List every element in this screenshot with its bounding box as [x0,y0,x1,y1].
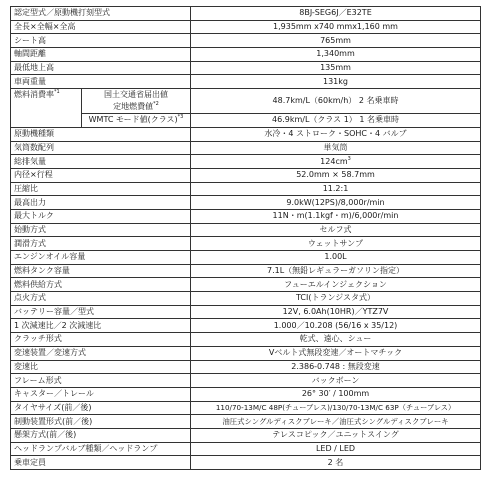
row-label: 最低地上高 [11,61,191,75]
row-value: 765mm [191,34,481,48]
row-value: 1.000／10.208 (56/16 x 35/12) [191,319,481,333]
row-label: 内径×行程 [11,168,191,182]
row-label: 乗車定員 [11,456,191,470]
row-value: Vベルト式無段変速／オートマチック [191,346,481,360]
row-label: タイヤサイズ(前／後) [11,401,191,415]
row-value: ウェットサンプ [191,237,481,251]
row-label: ヘッドランプバルブ種類／ヘッドランプ [11,442,191,456]
fuel-sub1-line2: 定地燃費値 [113,102,153,111]
row-value: 1,340mm [191,48,481,62]
row-value: テレスコピック／ユニットスイング [191,428,481,442]
table-row: 認定型式／原動機打刻型式 8BJ-SEG6J／E32TE [11,7,481,21]
row-label: 燃料供給方式 [11,278,191,292]
table-row: 潤滑方式ウェットサンプ [11,237,481,251]
row-value: 水冷・4 ストローク・SOHC・4 バルブ [191,127,481,141]
table-row: 最高出力9.0kW(12PS)/8,000r/min [11,196,481,210]
fuel-sub1-line1: 国土交通省届出値 [85,89,187,101]
table-row: 乗車定員2 名 [11,456,481,470]
table-row: 制動装置形式(前／後)油圧式シングルディスクブレーキ／油圧式シングルディスクブレ… [11,415,481,429]
row-value: 1.00L [191,251,481,265]
table-row: エンジンオイル容量1.00L [11,251,481,265]
row-value: TCI(トランジスタ式） [191,292,481,306]
table-row: 始動方式セルフ式 [11,223,481,237]
row-value: フューエルインジェクション [191,278,481,292]
row-label: 1 次減速比／2 次減速比 [11,319,191,333]
row-value: LED / LED [191,442,481,456]
table-row: タイヤサイズ(前／後)110/70-13M/C 48P(チューブレス)/130/… [11,401,481,415]
row-label: 原動機種類 [11,127,191,141]
row-label: エンジンオイル容量 [11,251,191,265]
table-row: キャスター／トレール26° 30′ / 100mm [11,387,481,401]
row-value: 8BJ-SEG6J／E32TE [191,7,481,21]
row-label: 変速比 [11,360,191,374]
row-value: 1,935mm x740 mmx1,160 mm [191,20,481,34]
row-label: 制動装置形式(前／後) [11,415,191,429]
table-row: 懸架方式(前／後)テレスコピック／ユニットスイング [11,428,481,442]
table-row: 車両重量 131kg [11,75,481,89]
row-label: キャスター／トレール [11,387,191,401]
row-label: 最大トルク [11,209,191,223]
row-value: 110/70-13M/C 48P(チューブレス)/130/70-13M/C 63… [191,401,481,415]
row-value: 7.1L（無鉛レギュラーガソリン指定） [191,264,481,278]
row-value: 単気筒 [191,141,481,155]
fuel-sub2-cell: WMTC モード値(クラス)*3 [82,114,191,128]
table-row: 全長×全幅×全高 1,935mm x740 mmx1,160 mm [11,20,481,34]
fuel-sub2-value: 46.9km/L（クラス 1） 1 名乗車時 [191,114,481,128]
row-value: 52.0mm × 58.7mm [191,168,481,182]
row-label: バッテリー容量／型式 [11,305,191,319]
row-label: クラッチ形式 [11,333,191,347]
table-row: 最大トルク11N・m(1.1kgf・m)/6,000r/min [11,209,481,223]
table-row: 点火方式TCI(トランジスタ式） [11,292,481,306]
row-value: セルフ式 [191,223,481,237]
row-value: 乾式、遠心、シュー [191,333,481,347]
fuel-sub2-label: WMTC モード値(クラス) [89,115,178,124]
row-value: バックボーン [191,374,481,388]
row-value: 11.2:1 [191,182,481,196]
row-value: 2 名 [191,456,481,470]
row-label: 点火方式 [11,292,191,306]
fuel-sub2-note: *3 [178,114,184,120]
table-row: 軸間距離 1,340mm [11,48,481,62]
table-row: 変速装置／変速方式Vベルト式無段変速／オートマチック [11,346,481,360]
table-row: 原動機種類 水冷・4 ストローク・SOHC・4 バルブ [11,127,481,141]
row-value: 2.386-0.748 : 無段変速 [191,360,481,374]
table-row: 気筒数配列 単気筒 [11,141,481,155]
row-label: 車両重量 [11,75,191,89]
table-row: 最低地上高 135mm [11,61,481,75]
row-label: フレーム形式 [11,374,191,388]
row-value: 油圧式シングルディスクブレーキ／油圧式シングルディスクブレーキ [191,415,481,429]
fuel-sub1-cell: 国土交通省届出値 定地燃費値*2 [82,89,191,114]
table-row: バッテリー容量／型式12V, 6.0Ah(10HR)／YTZ7V [11,305,481,319]
table-row: クラッチ形式乾式、遠心、シュー [11,333,481,347]
table-row: シート高 765mm [11,34,481,48]
fuel-sub1-note: *2 [153,101,159,107]
row-value: 9.0kW(12PS)/8,000r/min [191,196,481,210]
row-value: 26° 30′ / 100mm [191,387,481,401]
fuel-sub1-value: 48.7km/L（60km/h） 2 名乗車時 [191,89,481,114]
table-row-fuel-1: 燃料消費率*1 国土交通省届出値 定地燃費値*2 48.7km/L（60km/h… [11,89,481,114]
table-row: 1 次減速比／2 次減速比1.000／10.208 (56/16 x 35/12… [11,319,481,333]
row-label: 総排気量 [11,155,191,169]
table-row: 圧縮比11.2:1 [11,182,481,196]
fuel-label: 燃料消費率 [14,90,54,99]
row-label: シート高 [11,34,191,48]
row-value: 135mm [191,61,481,75]
table-row: フレーム形式バックボーン [11,374,481,388]
row-label: 燃料タンク容量 [11,264,191,278]
row-label: 気筒数配列 [11,141,191,155]
row-label: 認定型式／原動機打刻型式 [11,7,191,21]
row-label: 懸架方式(前／後) [11,428,191,442]
row-value: 131kg [191,75,481,89]
row-label: 軸間距離 [11,48,191,62]
spec-table: 認定型式／原動機打刻型式 8BJ-SEG6J／E32TE 全長×全幅×全高 1,… [10,6,481,470]
row-label: 始動方式 [11,223,191,237]
table-row: 燃料タンク容量7.1L（無鉛レギュラーガソリン指定） [11,264,481,278]
table-row: ヘッドランプバルブ種類／ヘッドランプLED / LED [11,442,481,456]
table-row: 内径×行程52.0mm × 58.7mm [11,168,481,182]
fuel-label-cell: 燃料消費率*1 [11,89,82,128]
table-row-fuel-2: WMTC モード値(クラス)*3 46.9km/L（クラス 1） 1 名乗車時 [11,114,481,128]
row-value: 11N・m(1.1kgf・m)/6,000r/min [191,209,481,223]
row-label: 潤滑方式 [11,237,191,251]
fuel-label-note: *1 [54,89,60,95]
row-label: 全長×全幅×全高 [11,20,191,34]
row-label: 最高出力 [11,196,191,210]
unit-superscript: 3 [348,156,351,162]
row-value-cell: 124cm3 [191,155,481,169]
row-label: 変速装置／変速方式 [11,346,191,360]
table-row-displacement: 総排気量 124cm3 [11,155,481,169]
row-value: 12V, 6.0Ah(10HR)／YTZ7V [191,305,481,319]
table-row: 燃料供給方式フューエルインジェクション [11,278,481,292]
row-value: 124cm [320,157,347,166]
table-row: 変速比2.386-0.748 : 無段変速 [11,360,481,374]
row-label: 圧縮比 [11,182,191,196]
